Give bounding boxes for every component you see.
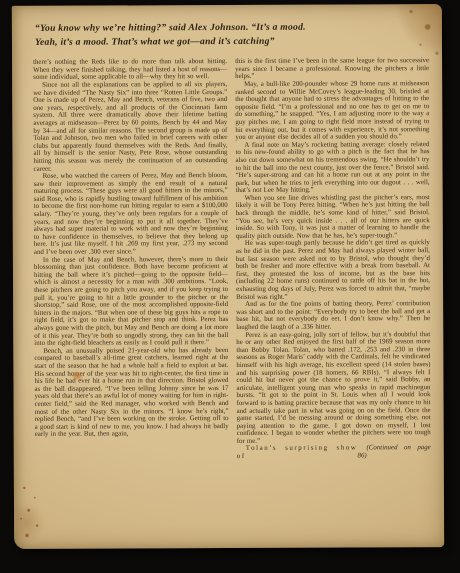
- closing-line-text: Tolan’s surprising show of: [237, 445, 358, 461]
- article-paragraph: Rose, who watched the careers of Perez, …: [34, 172, 228, 256]
- article-body: there’s nothing the Reds like to do more…: [33, 57, 432, 461]
- article-paragraph: this is the first time I’ve been in the …: [235, 57, 429, 81]
- article-paragraph: Perez is an easy-going, jolly sort of fe…: [236, 331, 430, 446]
- continued-note: (Continued on page 86): [357, 445, 430, 461]
- pull-quote-line-2: Yeah, it’s a mood. That’s what we got—an…: [35, 34, 430, 49]
- pull-quote: “You know why we’re hitting?” said Alex …: [35, 20, 430, 49]
- closing-line: Tolan’s surprising show of (Continued on…: [237, 445, 431, 461]
- article-paragraph: And as for the fine points of batting th…: [236, 300, 430, 331]
- article-paragraph: When you see line drives whistling past …: [236, 194, 430, 240]
- magazine-page: “You know why we’re hitting?” said Alex …: [12, 4, 444, 549]
- article-paragraph: A final note on May’s rocketing batting …: [235, 141, 429, 195]
- article-paragraph: Bench, an unusually poised 21-year-old w…: [34, 347, 228, 439]
- paper-speckles-bottom-left: [16, 474, 58, 544]
- left-column: there’s nothing the Reds like to do more…: [33, 58, 229, 461]
- article-paragraph: there’s nothing the Reds like to do more…: [33, 58, 227, 82]
- right-column: this is the first time I’ve been in the …: [235, 57, 431, 460]
- article-paragraph: He was super-tough partly because he did…: [236, 240, 430, 302]
- article-paragraph: In the case of May and Bench, however, t…: [34, 256, 228, 348]
- article-paragraph: May, a bull-like 200-pounder whose 29 ho…: [235, 80, 429, 142]
- article-paragraph: Since not all the explanations can be ap…: [33, 81, 227, 173]
